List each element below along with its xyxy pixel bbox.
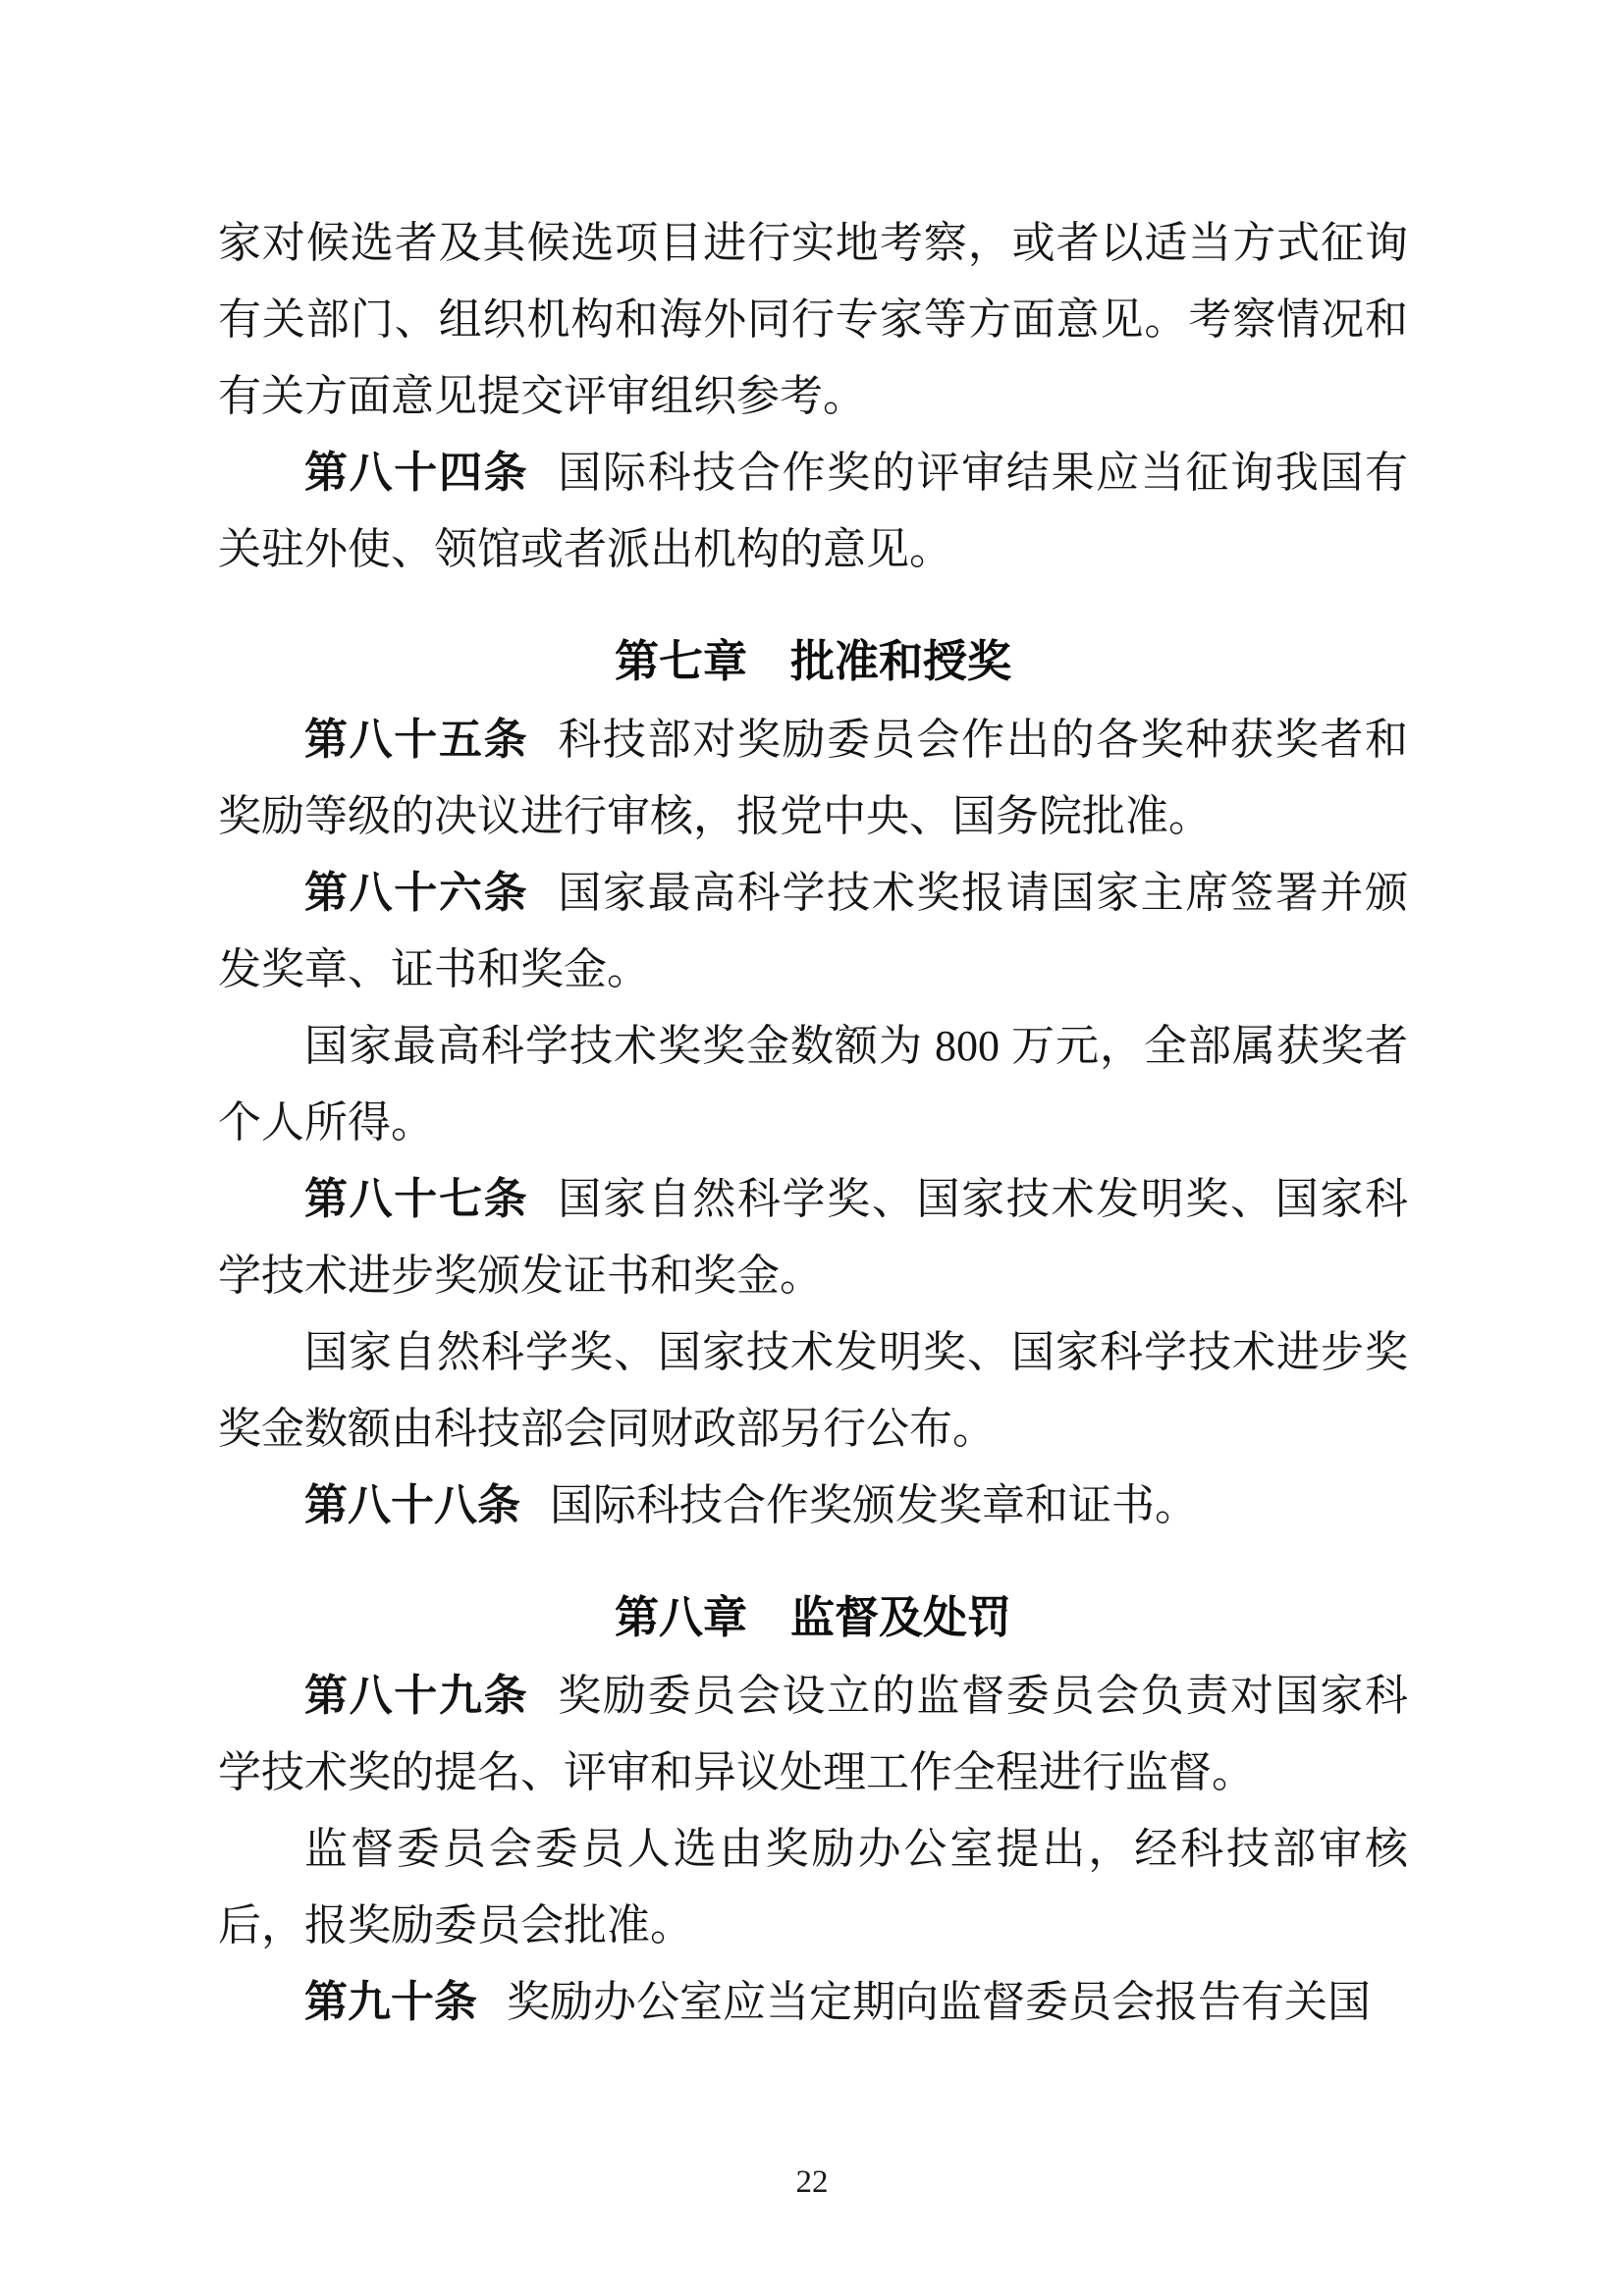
chapter-heading: 第七章批准和授奖 [218, 623, 1408, 700]
paragraph-text: 奖励办公室应当定期向监督委员会报告有关国 [507, 1978, 1371, 2026]
chapter-title: 监督及处罚 [790, 1592, 1011, 1642]
document-page: 家对候选者及其候选项目进行实地考察，或者以适当方式征询有关部门、组织机构和海外同… [0, 0, 1624, 2296]
body-paragraph: 第九十条奖励办公室应当定期向监督委员会报告有关国 [218, 1964, 1408, 2041]
chapter-number: 第七章 [615, 636, 747, 686]
body-paragraph: 国家自然科学奖、国家技术发明奖、国家科学技术进步奖奖金数额由科技部会同财政部另行… [218, 1314, 1408, 1468]
body-paragraph: 第八十五条科技部对奖励委员会作出的各奖种获奖者和奖励等级的决议进行审核，报党中央… [218, 702, 1408, 855]
body-paragraph: 第八十八条国际科技合作奖颁发奖章和证书。 [218, 1468, 1408, 1544]
paragraph-text: 国家最高科学技术奖奖金数额为 800 万元，全部属获奖者个人所得。 [218, 1022, 1408, 1147]
article-number-label: 第八十九条 [304, 1672, 528, 1720]
paragraph-text: 国家自然科学奖、国家技术发明奖、国家科学技术进步奖奖金数额由科技部会同财政部另行… [218, 1328, 1408, 1453]
article-number-label: 第八十八条 [304, 1481, 520, 1529]
body-paragraph: 国家最高科学技术奖奖金数额为 800 万元，全部属获奖者个人所得。 [218, 1008, 1408, 1161]
chapter-title: 批准和授奖 [790, 636, 1011, 686]
body-paragraph: 监督委员会委员人选由奖励办公室提出，经科技部审核后，报奖励委员会批准。 [218, 1811, 1408, 1964]
body-paragraph: 第八十九条奖励委员会设立的监督委员会负责对国家科学技术奖的提名、评审和异议处理工… [218, 1658, 1408, 1811]
chapter-number: 第八章 [615, 1592, 747, 1642]
page-number: 22 [0, 2163, 1624, 2202]
body-paragraph: 第八十六条国家最高科学技术奖报请国家主席签署并颁发奖章、证书和奖金。 [218, 855, 1408, 1008]
body-paragraph: 第八十四条国际科技合作奖的评审结果应当征询我国有关驻外使、领馆或者派出机构的意见… [218, 435, 1408, 588]
article-number-label: 第八十六条 [304, 869, 528, 917]
body-paragraph: 家对候选者及其候选项目进行实地考察，或者以适当方式征询有关部门、组织机构和海外同… [218, 205, 1408, 435]
article-number-label: 第八十五条 [304, 716, 528, 764]
paragraph-text: 国际科技合作奖颁发奖章和证书。 [550, 1481, 1198, 1529]
document-body: 家对候选者及其候选项目进行实地考察，或者以适当方式征询有关部门、组织机构和海外同… [218, 205, 1408, 2041]
article-number-label: 第八十七条 [304, 1175, 528, 1223]
body-paragraph: 第八十七条国家自然科学奖、国家技术发明奖、国家科学技术进步奖颁发证书和奖金。 [218, 1161, 1408, 1314]
article-number-label: 第九十条 [304, 1978, 477, 2026]
chapter-heading: 第八章监督及处罚 [218, 1579, 1408, 1656]
paragraph-text: 家对候选者及其候选项目进行实地考察，或者以适当方式征询有关部门、组织机构和海外同… [218, 219, 1408, 420]
paragraph-text: 监督委员会委员人选由奖励办公室提出，经科技部审核后，报奖励委员会批准。 [218, 1825, 1408, 1949]
article-number-label: 第八十四条 [304, 449, 528, 497]
